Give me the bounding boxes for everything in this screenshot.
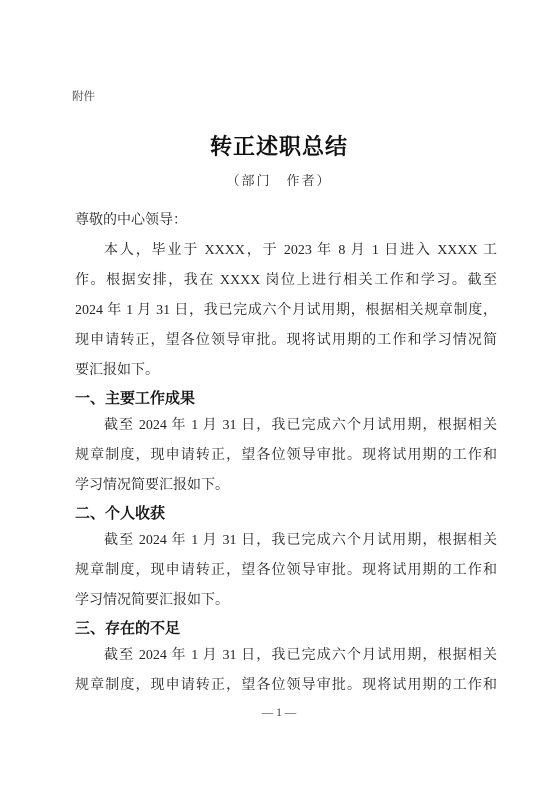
salutation: 尊敬的中心领导： xyxy=(75,206,497,236)
paragraph-line: 学习情况简要汇报如下。 xyxy=(75,586,497,616)
paragraph-line: 要汇报如下。 xyxy=(75,356,497,386)
document-body: 尊敬的中心领导： 本人，毕业于 XXXX，于 2023 年 8 月 1 日进入 … xyxy=(75,206,497,701)
paragraph-line: 截至 2024 年 1 月 31 日，我已完成六个月试用期，根据相关 xyxy=(75,526,497,556)
section-heading-1: 一、主要工作成果 xyxy=(75,386,497,411)
paragraph-line: 2024 年 1 月 31 日，我已完成六个月试用期，根据相关规章制度， xyxy=(75,296,497,326)
paragraph-line: 规章制度，现申请转正，望各位领导审批。现将试用期的工作和 xyxy=(75,671,497,701)
paragraph-line: 学习情况简要汇报如下。 xyxy=(75,471,497,501)
attachment-label: 附件 xyxy=(72,90,95,104)
paragraph-line: 作。根据安排，我在 XXXX 岗位上进行相关工作和学习。截至 xyxy=(75,266,497,296)
paragraph-line: 截至 2024 年 1 月 31 日，我已完成六个月试用期，根据相关 xyxy=(75,641,497,671)
page-number: — 1 — xyxy=(0,705,558,721)
paragraph-line: 规章制度，现申请转正，望各位领导审批。现将试用期的工作和 xyxy=(75,556,497,586)
paragraph-line: 本人，毕业于 XXXX，于 2023 年 8 月 1 日进入 XXXX 工 xyxy=(75,236,497,266)
document-title: 转正述职总结 xyxy=(0,132,558,162)
document-byline: （部门 作者） xyxy=(0,172,558,190)
paragraph-line: 规章制度，现申请转正，望各位领导审批。现将试用期的工作和 xyxy=(75,441,497,471)
section-heading-2: 二、个人收获 xyxy=(75,501,497,526)
section-heading-3: 三、存在的不足 xyxy=(75,616,497,641)
paragraph-line: 现申请转正，望各位领导审批。现将试用期的工作和学习情况简 xyxy=(75,326,497,356)
document-page: 附件 转正述职总结 （部门 作者） 尊敬的中心领导： 本人，毕业于 XXXX，于… xyxy=(0,0,558,789)
paragraph-line: 截至 2024 年 1 月 31 日，我已完成六个月试用期，根据相关 xyxy=(75,411,497,441)
